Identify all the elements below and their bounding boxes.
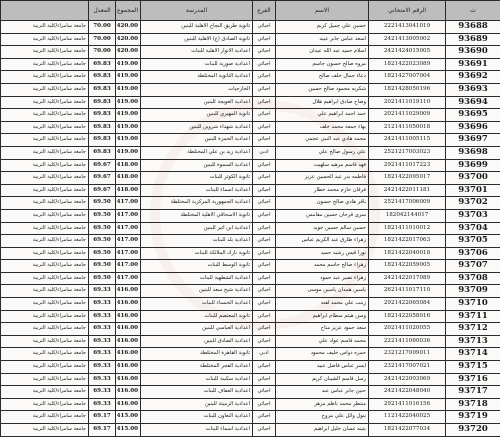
branch-cell: احيائي bbox=[253, 361, 276, 374]
university-cell: جامعة سامراء/كلية التربية bbox=[1, 361, 89, 374]
branch-cell: احيائي bbox=[253, 424, 276, 437]
school-cell: ثانوية نازك الملائكة للبنات bbox=[141, 247, 253, 260]
student-name-cell: زهراء طارق عبد الكريم عباس bbox=[276, 235, 369, 248]
seq-cell: 93710 bbox=[446, 298, 500, 311]
school-cell: ثانوية الكوثر للبنات bbox=[141, 172, 253, 185]
total-cell: 419.00 bbox=[116, 121, 141, 134]
exam-number-cell: 1821422095017 bbox=[369, 172, 446, 185]
header-row: ت الرقم الامتحاني الاسم الفرع المدرسة ال… bbox=[1, 1, 500, 21]
table-row: 936982521217003023علي رسول صالح عليادبيا… bbox=[1, 146, 500, 159]
header-branch: الفرع bbox=[253, 1, 276, 21]
student-name-cell: سعد حمود عزيز متاح bbox=[276, 323, 369, 336]
average-cell: 69.67 bbox=[89, 172, 116, 185]
student-name-cell: وسن هيثم سطام ابراهيم bbox=[276, 310, 369, 323]
header-total: المجموع bbox=[116, 1, 141, 21]
table-row: 937041821411010012حسين سالم حسين جويداحي… bbox=[1, 222, 500, 235]
total-cell: 416.00 bbox=[116, 285, 141, 298]
school-cell: اعدادية التعاون للبنات bbox=[141, 411, 253, 424]
total-cell: 417.00 bbox=[116, 260, 141, 273]
branch-cell: احيائي bbox=[253, 109, 276, 122]
total-cell: 418.00 bbox=[116, 172, 141, 185]
table-row: 937162421422003069رسل قاسم الشيبان كريما… bbox=[1, 373, 500, 386]
total-cell: 416.00 bbox=[116, 348, 141, 361]
university-cell: جامعة سامراء/كلية التربية bbox=[1, 71, 89, 84]
school-cell: ثانوية الاسحاقي الاهلية المختلطة bbox=[141, 209, 253, 222]
average-cell: 69.33 bbox=[89, 335, 116, 348]
student-name-cell: فهد قاسم مرهيد سلهيت bbox=[276, 159, 369, 172]
student-name-cell: حسين علي جميل كريم bbox=[276, 21, 369, 34]
exam-number-cell: 2021411029009 bbox=[369, 109, 446, 122]
student-name-cell: دعاء جمال خلف صالح bbox=[276, 71, 369, 84]
branch-cell: احيائي bbox=[253, 335, 276, 348]
exam-number-cell: 2321417007021 bbox=[369, 361, 446, 374]
average-cell: 69.50 bbox=[89, 247, 116, 260]
school-cell: اعدادية شهداء شروين للبنين bbox=[141, 121, 253, 134]
student-name-cell: بثينه غسان خليل ابراهيم bbox=[276, 424, 369, 437]
school-cell: اعدادية الفجر المختلطة bbox=[141, 361, 253, 374]
seq-cell: 93691 bbox=[446, 58, 500, 71]
seq-cell: 93701 bbox=[446, 184, 500, 197]
seq-cell: 93700 bbox=[446, 172, 500, 185]
seq-cell: 93692 bbox=[446, 71, 500, 84]
seq-cell: 93705 bbox=[446, 235, 500, 248]
average-cell: 69.83 bbox=[89, 134, 116, 147]
table-row: 937142321217009011حمزه دواس خليف محموداد… bbox=[1, 348, 500, 361]
header-average: المعدل bbox=[89, 1, 116, 21]
exam-number-cell: 2521217003023 bbox=[369, 146, 446, 159]
total-cell: 419.00 bbox=[116, 96, 141, 109]
university-cell: جامعة سامراء/كلية التربية bbox=[1, 33, 89, 46]
school-cell: اعدادية الخنساء للبنات bbox=[141, 298, 253, 311]
university-cell: جامعة سامراء/كلية التربية bbox=[1, 172, 89, 185]
school-cell: الخارجيات bbox=[141, 83, 253, 96]
school-cell: ثانوية طريق النجاح الاهلية للبنين bbox=[141, 21, 253, 34]
exam-number-cell: 2121411050018 bbox=[369, 121, 446, 134]
table-row: 937051821422017063زهراء طارق عبد الكريم … bbox=[1, 235, 500, 248]
exam-number-cell: 1821422017063 bbox=[369, 235, 446, 248]
admissions-results-table: ت الرقم الامتحاني الاسم الفرع المدرسة ال… bbox=[0, 0, 500, 437]
table-row: 937092621411017110ياسين همدان ياسين موسى… bbox=[1, 285, 500, 298]
total-cell: 415.00 bbox=[116, 424, 141, 437]
university-cell: جامعة سامراء/كلية التربية bbox=[1, 424, 89, 437]
seq-cell: 93702 bbox=[446, 197, 500, 210]
table-row: 937102921422065084زينب علي محمد لفتهاحيا… bbox=[1, 298, 500, 311]
exam-number-cell: 1121422040025 bbox=[369, 411, 446, 424]
branch-cell: احيائي bbox=[253, 310, 276, 323]
table-row: 937071821422059005زهراء صالح جاسم محمداح… bbox=[1, 260, 500, 273]
university-cell: جامعة سامراء/كلية التربية bbox=[1, 146, 89, 159]
total-cell: 419.00 bbox=[116, 71, 141, 84]
table-row: 936972421411005115محمد هادي عبد النبي عج… bbox=[1, 134, 500, 147]
university-cell: جامعة سامراء/كلية التربية bbox=[1, 222, 89, 235]
exam-number-cell: 2921422065084 bbox=[369, 298, 446, 311]
table-row: 937022521417006009باقر هادي صالح حسوناحي… bbox=[1, 197, 500, 210]
exam-number-cell: 2421424015005 bbox=[369, 46, 446, 59]
university-cell: جامعة سامراء/كلية التربية bbox=[1, 184, 89, 197]
university-cell: جامعة سامراء/كلية التربية bbox=[1, 96, 89, 109]
university-cell: جامعة سامراء/كلية التربية bbox=[1, 247, 89, 260]
table-row: 937001821422095017فاطمه بدر عبد الحسين ع… bbox=[1, 172, 500, 185]
branch-cell: احيائي bbox=[253, 209, 276, 222]
branch-cell: احيائي bbox=[253, 184, 276, 197]
university-cell: جامعة سامراء/كلية التربية bbox=[1, 197, 89, 210]
average-cell: 69.83 bbox=[89, 83, 116, 96]
total-cell: 420.00 bbox=[116, 46, 141, 59]
university-cell: جامعة سامراء/كلية التربية bbox=[1, 58, 89, 71]
total-cell: 418.00 bbox=[116, 184, 141, 197]
seq-cell: 93716 bbox=[446, 373, 500, 386]
school-cell: اعدادية العويجة للبنين bbox=[141, 96, 253, 109]
seq-cell: 93693 bbox=[446, 83, 500, 96]
branch-cell: احيائي bbox=[253, 260, 276, 273]
seq-cell: 93707 bbox=[446, 260, 500, 273]
student-name-cell: فاطمه بدر عبد الحسين عزيز bbox=[276, 172, 369, 185]
branch-cell: ادبي bbox=[253, 348, 276, 361]
table-row: 937082421422017089زهراء نصير عبد حموداحي… bbox=[1, 272, 500, 285]
student-name-cell: نورا قيس رشيد حميد bbox=[276, 247, 369, 260]
average-cell: 69.50 bbox=[89, 222, 116, 235]
table-row: 93703182042144017سرى فرحان حسين مقامساحي… bbox=[1, 209, 500, 222]
exam-number-cell: 2221411060036 bbox=[369, 335, 446, 348]
average-cell: 69.83 bbox=[89, 109, 116, 122]
exam-number-cell: 2221413041019 bbox=[369, 21, 446, 34]
table-row: 937122021411020055سعد حمود عزيز متاحاحيا… bbox=[1, 323, 500, 336]
seq-cell: 93706 bbox=[446, 247, 500, 260]
branch-cell: احيائي bbox=[253, 83, 276, 96]
school-cell: ثانوية المهيري للبنين bbox=[141, 109, 253, 122]
seq-cell: 93689 bbox=[446, 33, 500, 46]
average-cell: 69.83 bbox=[89, 96, 116, 109]
average-cell: 70.00 bbox=[89, 46, 116, 59]
results-sheet: ت الرقم الامتحاني الاسم الفرع المدرسة ال… bbox=[0, 0, 500, 437]
branch-cell: احيائي bbox=[253, 159, 276, 172]
school-cell: اعدادية صورية للبنات bbox=[141, 58, 253, 71]
branch-cell: ادبي bbox=[253, 146, 276, 159]
exam-number-cell: 1821422077034 bbox=[369, 424, 446, 437]
university-cell: جامعة سامراء/كلية التربية bbox=[1, 398, 89, 411]
school-cell: ثانوية القاهرة المختلطة bbox=[141, 348, 253, 361]
table-row: 937201821422077034بثينه غسان خليل ابراهي… bbox=[1, 424, 500, 437]
exam-number-cell: 1821428050196 bbox=[369, 83, 446, 96]
seq-cell: 93720 bbox=[446, 424, 500, 437]
seq-cell: 93711 bbox=[446, 310, 500, 323]
seq-cell: 93709 bbox=[446, 285, 500, 298]
exam-number-cell: 2621411017110 bbox=[369, 285, 446, 298]
student-name-cell: بهاء جمعة محمد خلف bbox=[276, 121, 369, 134]
seq-cell: 93695 bbox=[446, 109, 500, 122]
student-name-cell: فرقان حازم محمد خطار bbox=[276, 184, 369, 197]
student-name-cell: بتول وائل علي مروح bbox=[276, 411, 369, 424]
student-name-cell: زهراء صالح جاسم محمد bbox=[276, 260, 369, 273]
total-cell: 416.00 bbox=[116, 298, 141, 311]
exam-number-cell: 2421413005002 bbox=[369, 33, 446, 46]
student-name-cell: حمد احمد ابراهيم علي bbox=[276, 109, 369, 122]
university-cell: جامعة سامراء/كلية التربية bbox=[1, 46, 89, 59]
average-cell: 69.33 bbox=[89, 348, 116, 361]
student-name-cell: باقر هادي صالح حسون bbox=[276, 197, 369, 210]
total-cell: 416.00 bbox=[116, 373, 141, 386]
seq-cell: 93704 bbox=[446, 222, 500, 235]
student-name-cell: رسل قاسم الشيبان كريم bbox=[276, 373, 369, 386]
school-cell: اعدادية زيد بن علي المختلطة bbox=[141, 146, 253, 159]
exam-number-cell: 2021411020055 bbox=[369, 323, 446, 336]
branch-cell: احيائي bbox=[253, 298, 276, 311]
average-cell: 69.33 bbox=[89, 310, 116, 323]
branch-cell: احيائي bbox=[253, 398, 276, 411]
school-cell: اعدادية الرميثة للبنين bbox=[141, 398, 253, 411]
school-cell: اعدادية ابن اثير للبنين bbox=[141, 222, 253, 235]
table-row: 936962121411050018بهاء جمعة محمد خلفاحيا… bbox=[1, 121, 500, 134]
branch-cell: احيائي bbox=[253, 21, 276, 34]
seq-cell: 93698 bbox=[446, 146, 500, 159]
total-cell: 416.00 bbox=[116, 386, 141, 399]
university-cell: جامعة سامراء/كلية التربية bbox=[1, 109, 89, 122]
university-cell: جامعة سامراء/كلية التربية bbox=[1, 411, 89, 424]
table-row: 937012421422011181فرقان حازم محمد خطاراح… bbox=[1, 184, 500, 197]
university-cell: جامعة سامراء/كلية التربية bbox=[1, 373, 89, 386]
exam-number-cell: 1821411010012 bbox=[369, 222, 446, 235]
table-row: 936892421413005002اسعد عباس جابر عبيداحي… bbox=[1, 33, 500, 46]
seq-cell: 93699 bbox=[446, 159, 500, 172]
exam-number-cell: 2421422017089 bbox=[369, 272, 446, 285]
branch-cell: احيائي bbox=[253, 96, 276, 109]
table-row: 937061821422040018نورا قيس رشيد حميداحيا… bbox=[1, 247, 500, 260]
exam-number-cell: 2421422048040 bbox=[369, 386, 446, 399]
branch-cell: احيائي bbox=[253, 46, 276, 59]
student-name-cell: ايسر عباس فاضل عبيد bbox=[276, 361, 369, 374]
student-name-cell: وضاح صادق ابراهيم هلال bbox=[276, 96, 369, 109]
school-cell: اعدادية الثانوية المختلطة bbox=[141, 71, 253, 84]
table-row: 937152321417007021ايسر عباس فاضل عبيداحي… bbox=[1, 361, 500, 374]
branch-cell: احيائي bbox=[253, 71, 276, 84]
table-row: 937182921411016156منتظر محمد ناظم مزهراح… bbox=[1, 398, 500, 411]
school-cell: ثانوية الوسط للبنات bbox=[141, 260, 253, 273]
school-cell: اعدادية السموة للبنين bbox=[141, 159, 253, 172]
seq-cell: 93714 bbox=[446, 348, 500, 361]
total-cell: 418.00 bbox=[116, 159, 141, 172]
total-cell: 420.00 bbox=[116, 21, 141, 34]
average-cell: 69.17 bbox=[89, 411, 116, 424]
table-row: 936902421424015005اسلام حميد عبد الله عي… bbox=[1, 46, 500, 59]
school-cell: ثانوية الصادق (ع) الاهلية للبنين bbox=[141, 33, 253, 46]
seq-cell: 93697 bbox=[446, 134, 500, 147]
total-cell: 419.00 bbox=[116, 134, 141, 147]
seq-cell: 93688 bbox=[446, 21, 500, 34]
school-cell: اعدادية اسماء للبنات bbox=[141, 424, 253, 437]
total-cell: 416.00 bbox=[116, 361, 141, 374]
average-cell: 69.83 bbox=[89, 146, 116, 159]
student-name-cell: ياسين همدان ياسين موسى bbox=[276, 285, 369, 298]
branch-cell: احيائي bbox=[253, 121, 276, 134]
university-cell: جامعة سامراء/كلية التربية bbox=[1, 386, 89, 399]
exam-number-cell: 182042144017 bbox=[369, 209, 446, 222]
average-cell: 70.00 bbox=[89, 21, 116, 34]
seq-cell: 93719 bbox=[446, 411, 500, 424]
university-cell: جامعة سامراء/كلية التربية bbox=[1, 298, 89, 311]
university-cell: جامعة سامراء/كلية التربية bbox=[1, 310, 89, 323]
seq-cell: 93717 bbox=[446, 386, 500, 399]
average-cell: 69.67 bbox=[89, 159, 116, 172]
seq-cell: 93708 bbox=[446, 272, 500, 285]
average-cell: 69.50 bbox=[89, 209, 116, 222]
school-cell: اعدادية العفاف للبنات bbox=[141, 386, 253, 399]
table-row: 937132221411060036محمد قاسم عواد علياحيا… bbox=[1, 335, 500, 348]
student-name-cell: حسين سالم حسين جويد bbox=[276, 222, 369, 235]
exam-number-cell: 2421411005115 bbox=[369, 134, 446, 147]
average-cell: 69.83 bbox=[89, 58, 116, 71]
table-row: 936952021411029009حمد احمد ابراهيم علياح… bbox=[1, 109, 500, 122]
seq-cell: 93694 bbox=[446, 96, 500, 109]
table-row: 936911821422023089مروه صالح حسون جاسماحي… bbox=[1, 58, 500, 71]
student-name-cell: اسلام حميد عبد الله عيدان bbox=[276, 46, 369, 59]
average-cell: 69.83 bbox=[89, 121, 116, 134]
average-cell: 69.33 bbox=[89, 398, 116, 411]
student-name-cell: مروه صالح حسون جاسم bbox=[276, 58, 369, 71]
header-school: المدرسة bbox=[141, 1, 253, 21]
university-cell: جامعة سامراء/كلية التربية bbox=[1, 159, 89, 172]
branch-cell: احيائي bbox=[253, 247, 276, 260]
header-name: الاسم bbox=[276, 1, 369, 21]
total-cell: 417.00 bbox=[116, 235, 141, 248]
average-cell: 70.00 bbox=[89, 33, 116, 46]
university-cell: جامعة سامراء/كلية التربية bbox=[1, 121, 89, 134]
total-cell: 415.00 bbox=[116, 411, 141, 424]
student-name-cell: سرى فرحان حسين مقامس bbox=[276, 209, 369, 222]
seq-cell: 93703 bbox=[446, 209, 500, 222]
seq-cell: 93690 bbox=[446, 46, 500, 59]
seq-cell: 93713 bbox=[446, 335, 500, 348]
student-name-cell: منتظر محمد ناظم مزهر bbox=[276, 398, 369, 411]
seq-cell: 93715 bbox=[446, 361, 500, 374]
total-cell: 420.00 bbox=[116, 33, 141, 46]
school-cell: اعدادية شيخ سعد للبنين bbox=[141, 285, 253, 298]
school-cell: اعدادية اسماء للبنات bbox=[141, 184, 253, 197]
table-row: 936992921411017223فهد قاسم مرهيد سلهيتاح… bbox=[1, 159, 500, 172]
table-row: 937111821422058016وسن هيثم سطام ابراهيما… bbox=[1, 310, 500, 323]
table-row: 936921821427007004دعاء جمال خلف صالحاحيا… bbox=[1, 71, 500, 84]
header-seq: ت bbox=[446, 1, 500, 21]
average-cell: 69.50 bbox=[89, 272, 116, 285]
university-cell: جامعة سامراء/كلية التربية bbox=[1, 235, 89, 248]
exam-number-cell: 2021411019110 bbox=[369, 96, 446, 109]
total-cell: 416.00 bbox=[116, 398, 141, 411]
school-cell: اعدادية بلد للبنات bbox=[141, 235, 253, 248]
student-name-cell: شكريه محمود صالح حسين bbox=[276, 83, 369, 96]
table-row: 936882221413041019حسين علي جميل كريماحيا… bbox=[1, 21, 500, 34]
exam-number-cell: 1821422059005 bbox=[369, 260, 446, 273]
university-cell: جامعة سامراء/كلية التربية bbox=[1, 209, 89, 222]
branch-cell: احيائي bbox=[253, 58, 276, 71]
average-cell: 69.33 bbox=[89, 386, 116, 399]
university-cell: جامعة سامراء/كلية التربية bbox=[1, 272, 89, 285]
branch-cell: احيائي bbox=[253, 272, 276, 285]
total-cell: 419.00 bbox=[116, 58, 141, 71]
university-cell: جامعة سامراء/كلية التربية bbox=[1, 83, 89, 96]
student-name-cell: محمد هادي عبد النبي عجمي bbox=[276, 134, 369, 147]
branch-cell: احيائي bbox=[253, 323, 276, 336]
exam-number-cell: 1821422040018 bbox=[369, 247, 446, 260]
university-cell: جامعة سامراء/كلية التربية bbox=[1, 285, 89, 298]
school-cell: اعدادية الصادق للبنين bbox=[141, 335, 253, 348]
school-cell: اعدادية الحمزة للبنين bbox=[141, 134, 253, 147]
university-cell: جامعة سامراء/كلية التربية bbox=[1, 260, 89, 273]
average-cell: 69.50 bbox=[89, 197, 116, 210]
average-cell: 69.33 bbox=[89, 323, 116, 336]
student-name-cell: محمد قاسم عواد علي bbox=[276, 335, 369, 348]
school-cell: اعدادية الجمهورية المركزية المختلطة bbox=[141, 197, 253, 210]
branch-cell: احيائي bbox=[253, 235, 276, 248]
student-name-cell: حمزه دواس خليف محمود bbox=[276, 348, 369, 361]
university-cell: جامعة سامراء/كلية التربية bbox=[1, 21, 89, 34]
student-name-cell: زهراء نصير عبد حمود bbox=[276, 272, 369, 285]
average-cell: 69.50 bbox=[89, 235, 116, 248]
school-cell: اعدادية سكينة للبنات bbox=[141, 373, 253, 386]
branch-cell: احيائي bbox=[253, 134, 276, 147]
table-row: 937172421422048040حنين جابر عباس عبداحيا… bbox=[1, 386, 500, 399]
total-cell: 419.00 bbox=[116, 109, 141, 122]
seq-cell: 93696 bbox=[446, 121, 500, 134]
university-cell: جامعة سامراء/كلية التربية bbox=[1, 335, 89, 348]
seq-cell: 93718 bbox=[446, 398, 500, 411]
table-row: 937191121422040025بتول وائل علي مروحاحيا… bbox=[1, 411, 500, 424]
exam-number-cell: 1821422023089 bbox=[369, 58, 446, 71]
total-cell: 417.00 bbox=[116, 272, 141, 285]
total-cell: 416.00 bbox=[116, 310, 141, 323]
university-cell: جامعة سامراء/كلية التربية bbox=[1, 134, 89, 147]
table-row: 936942021411019110وضاح صادق ابراهيم هلال… bbox=[1, 96, 500, 109]
school-cell: اعدادية الانوار الاهلية للبنات bbox=[141, 46, 253, 59]
average-cell: 69.50 bbox=[89, 260, 116, 273]
exam-number-cell: 1821427007004 bbox=[369, 71, 446, 84]
total-cell: 416.00 bbox=[116, 335, 141, 348]
header-university bbox=[1, 1, 89, 21]
total-cell: 419.00 bbox=[116, 83, 141, 96]
student-name-cell: زينب علي محمد لفته bbox=[276, 298, 369, 311]
branch-cell: احيائي bbox=[253, 33, 276, 46]
total-cell: 417.00 bbox=[116, 222, 141, 235]
total-cell: 417.00 bbox=[116, 247, 141, 260]
table-body: 936882221413041019حسين علي جميل كريماحيا… bbox=[1, 21, 500, 437]
branch-cell: احيائي bbox=[253, 197, 276, 210]
student-name-cell: علي رسول صالح علي bbox=[276, 146, 369, 159]
seq-cell: 93712 bbox=[446, 323, 500, 336]
branch-cell: احيائي bbox=[253, 172, 276, 185]
branch-cell: احيائي bbox=[253, 285, 276, 298]
school-cell: اعدادية الشطهية للبنات bbox=[141, 272, 253, 285]
exam-number-cell: 2421422003069 bbox=[369, 373, 446, 386]
total-cell: 417.00 bbox=[116, 209, 141, 222]
average-cell: 69.67 bbox=[89, 184, 116, 197]
average-cell: 69.33 bbox=[89, 373, 116, 386]
total-cell: 417.00 bbox=[116, 197, 141, 210]
branch-cell: احيائي bbox=[253, 373, 276, 386]
school-cell: ثانوية المعتصم للبنات bbox=[141, 310, 253, 323]
exam-number-cell: 2421422011181 bbox=[369, 184, 446, 197]
exam-number-cell: 2321217009011 bbox=[369, 348, 446, 361]
school-cell: اعدادية العباسي للبنين bbox=[141, 323, 253, 336]
total-cell: 416.00 bbox=[116, 323, 141, 336]
exam-number-cell: 2921411017223 bbox=[369, 159, 446, 172]
exam-number-cell: 1821422058016 bbox=[369, 310, 446, 323]
average-cell: 69.17 bbox=[89, 424, 116, 437]
total-cell: 419.00 bbox=[116, 146, 141, 159]
student-name-cell: حنين جابر عباس عبد bbox=[276, 386, 369, 399]
exam-number-cell: 2921411016156 bbox=[369, 398, 446, 411]
average-cell: 69.33 bbox=[89, 298, 116, 311]
header-exam-number: الرقم الامتحاني bbox=[369, 1, 446, 21]
exam-number-cell: 2521417006009 bbox=[369, 197, 446, 210]
student-name-cell: اسعد عباس جابر عبيد bbox=[276, 33, 369, 46]
